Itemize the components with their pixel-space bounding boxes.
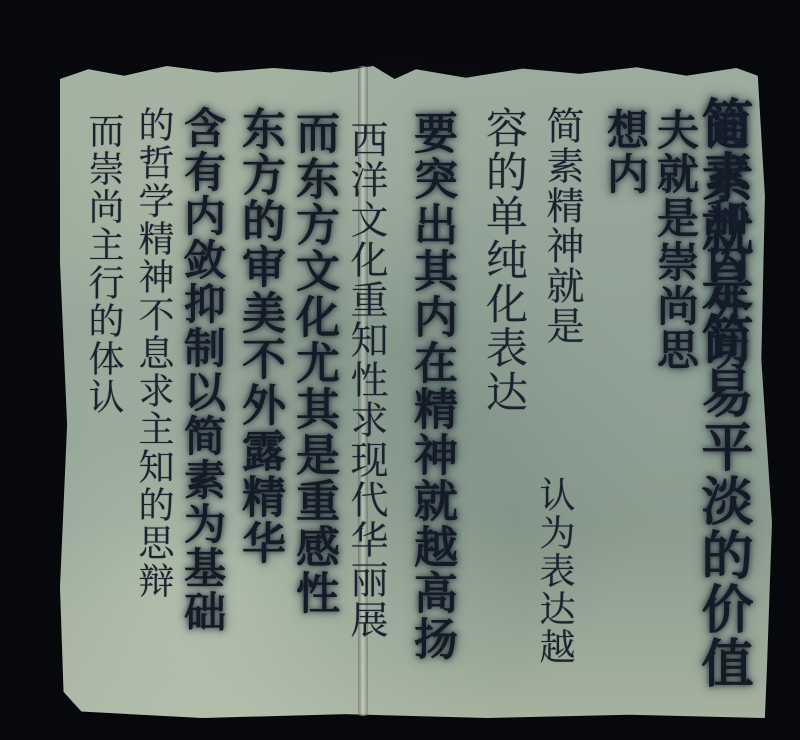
calligraphy-column-3: 简素精神就是 — [540, 106, 584, 406]
calligraphy-column-7: 西洋文化重知性求现代华丽展 — [344, 120, 388, 720]
calligraphy-column-9: 东方的审美不外露精华 — [234, 106, 284, 706]
calligraphy-column-11: 的哲学精神不息求主知的思辩 — [132, 106, 174, 706]
calligraphy-column-5: 容的单纯化表达 — [480, 106, 528, 466]
calligraphy-column-10: 含有内敛抑制以简素为基础 — [178, 106, 226, 706]
calligraphy-column-2: 追求和内外功夫就是崇尚思想内 — [600, 108, 750, 408]
calligraphy-column-12: 而崇尚主行的体认 — [82, 112, 124, 532]
calligraphy-column-4: 认为表达越 — [532, 476, 576, 726]
calligraphy-column-8: 而东方文化尤其是重感性 — [288, 110, 338, 710]
calligraphy-text: 简素就是简易平淡的价值 追求和内外功夫就是崇尚思想内 简素精神就是 认为表达越 … — [60, 66, 772, 718]
calligraphy-column-6: 要突出其内在精神就越高扬 — [406, 110, 456, 710]
